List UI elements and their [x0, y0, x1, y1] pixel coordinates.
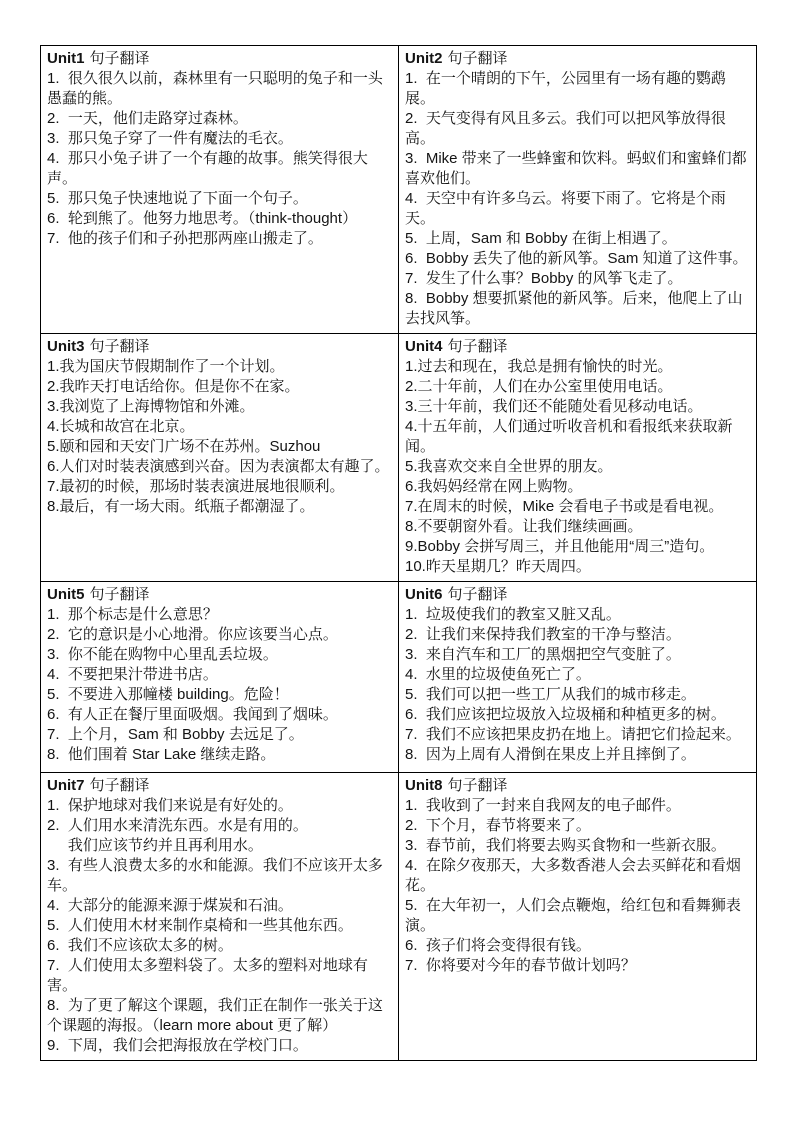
sentence-item: 8. Bobby 想要抓紧他的新风筝。后来，他爬上了山去找风筝。 — [405, 289, 750, 329]
unit2-label: Unit2 — [405, 50, 443, 67]
sentence-item: 5. 我们可以把一些工厂从我们的城市移走。 — [405, 685, 750, 705]
sentence-item: 1. 很久很久以前，森林里有一只聪明的兔子和一头愚蠢的熊。 — [47, 69, 392, 109]
unit7-title: Unit7句子翻译 — [47, 776, 392, 796]
sentence-item: 4. 大部分的能源来源于煤炭和石油。 — [47, 896, 392, 916]
unit1-label: Unit1 — [47, 50, 85, 67]
sentence-item: 5. 在大年初一，人们会点鞭炮，给红包和看舞狮表演。 — [405, 896, 750, 936]
sentence-item: 5. 那只兔子快速地说了下面一个句子。 — [47, 189, 392, 209]
unit5-sentence-list: 1. 那个标志是什么意思？2. 它的意识是小心地滑。你应该要当心点。3. 你不能… — [47, 605, 392, 765]
sentence-item: 1. 我收到了一封来自我网友的电子邮件。 — [405, 796, 750, 816]
sentence-item: 2. 一天，他们走路穿过森林。 — [47, 109, 392, 129]
sentence-item: 4.十五年前，人们通过听收音机和看报纸来获取新闻。 — [405, 417, 750, 457]
sentence-item: 8. 因为上周有人滑倒在果皮上并且摔倒了。 — [405, 745, 750, 765]
unit8-title: Unit8句子翻译 — [405, 776, 750, 796]
sentence-item: 4. 天空中有许多乌云。将要下雨了。它将是个雨天。 — [405, 189, 750, 229]
unit4-subtitle: 句子翻译 — [448, 338, 508, 355]
sentence-item: 5. 人们使用木材来制作桌椅和一些其他东西。 — [47, 916, 392, 936]
unit-cell-3: Unit3句子翻译 1.我为国庆节假期制作了一个计划。2.我昨天打电话给你。但是… — [41, 334, 398, 581]
sentence-item: 2. 它的意识是小心地滑。你应该要当心点。 — [47, 625, 392, 645]
sentence-item: 3. 你不能在购物中心里乱丢垃圾。 — [47, 645, 392, 665]
unit3-title: Unit3句子翻译 — [47, 337, 392, 357]
unit2-sentence-list: 1. 在一个晴朗的下午，公园里有一场有趣的鹦鹉展。2. 天气变得有风且多云。我们… — [405, 69, 750, 329]
sentence-item: 1.我为国庆节假期制作了一个计划。 — [47, 357, 392, 377]
sentence-item: 7. 上个月，Sam 和 Bobby 去远足了。 — [47, 725, 392, 745]
sentence-item: 8. 他们围着 Star Lake 继续走路。 — [47, 745, 392, 765]
sentence-item: 2. 让我们来保持我们教室的干净与整洁。 — [405, 625, 750, 645]
unit4-label: Unit4 — [405, 338, 443, 355]
sentence-item: 9. 下周，我们会把海报放在学校门口。 — [47, 1036, 392, 1056]
sentence-item: 3. Mike 带来了一些蜂蜜和饮料。蚂蚁们和蜜蜂们都喜欢他们。 — [405, 149, 750, 189]
sentence-item: 8.最后，有一场大雨。纸瓶子都潮湿了。 — [47, 497, 392, 517]
unit-cell-7: Unit7句子翻译 1. 保护地球对我们来说是有好处的。2. 人们用水来清洗东西… — [41, 773, 398, 1060]
sentence-item: 6. 有人正在餐厅里面吸烟。我闻到了烟味。 — [47, 705, 392, 725]
unit-cell-2: Unit2句子翻译 1. 在一个晴朗的下午，公园里有一场有趣的鹦鹉展。2. 天气… — [399, 46, 756, 333]
unit-cell-8: Unit8句子翻译 1. 我收到了一封来自我网友的电子邮件。2. 下个月，春节将… — [399, 773, 756, 1060]
unit5-subtitle: 句子翻译 — [90, 586, 150, 603]
sentence-item: 1. 在一个晴朗的下午，公园里有一场有趣的鹦鹉展。 — [405, 69, 750, 109]
unit8-subtitle: 句子翻译 — [448, 777, 508, 794]
sentence-item: 6. Bobby 丢失了他的新风筝。Sam 知道了这件事。 — [405, 249, 750, 269]
sentence-item: 7.最初的时候，那场时装表演进展地很顺利。 — [47, 477, 392, 497]
sentence-item: 4. 水里的垃圾使鱼死亡了。 — [405, 665, 750, 685]
sentence-item: 9.Bobby 会拼写周三，并且他能用“周三”造句。 — [405, 537, 750, 557]
sentence-item: 3.三十年前，我们还不能随处看见移动电话。 — [405, 397, 750, 417]
sentence-item: 3.我浏览了上海博物馆和外滩。 — [47, 397, 392, 417]
sentence-item: 6.人们对时装表演感到兴奋。因为表演都太有趣了。 — [47, 457, 392, 477]
sentence-item: 6. 轮到熊了。他努力地思考。（think-thought） — [47, 209, 392, 229]
unit1-title: Unit1句子翻译 — [47, 49, 392, 69]
sentence-item: 2. 天气变得有风且多云。我们可以把风筝放得很高。 — [405, 109, 750, 149]
unit2-subtitle: 句子翻译 — [448, 50, 508, 67]
unit7-subtitle: 句子翻译 — [90, 777, 150, 794]
unit7-sentence-list: 1. 保护地球对我们来说是有好处的。2. 人们用水来清洗东西。水是有用的。 我们… — [47, 796, 392, 1056]
sentence-item: 4. 在除夕夜那天，大多数香港人会去买鲜花和看烟花。 — [405, 856, 750, 896]
sentence-item: 3. 那只兔子穿了一件有魔法的毛衣。 — [47, 129, 392, 149]
unit6-title: Unit6句子翻译 — [405, 585, 750, 605]
unit-cell-6: Unit6句子翻译 1. 垃圾使我们的教室又脏又乱。2. 让我们来保持我们教室的… — [399, 582, 756, 772]
unit3-subtitle: 句子翻译 — [90, 338, 150, 355]
unit7-label: Unit7 — [47, 777, 85, 794]
unit-cell-5: Unit5句子翻译 1. 那个标志是什么意思？2. 它的意识是小心地滑。你应该要… — [41, 582, 398, 772]
sentence-item: 1. 保护地球对我们来说是有好处的。 — [47, 796, 392, 816]
unit3-sentence-list: 1.我为国庆节假期制作了一个计划。2.我昨天打电话给你。但是你不在家。3.我浏览… — [47, 357, 392, 517]
sentence-item: 2. 下个月，春节将要来了。 — [405, 816, 750, 836]
sentence-item: 3. 来自汽车和工厂的黑烟把空气变脏了。 — [405, 645, 750, 665]
unit4-title: Unit4句子翻译 — [405, 337, 750, 357]
sentence-item: 1. 那个标志是什么意思？ — [47, 605, 392, 625]
unit-cell-1: Unit1句子翻译 1. 很久很久以前，森林里有一只聪明的兔子和一头愚蠢的熊。2… — [41, 46, 398, 333]
sentence-item: 7. 你将要对今年的春节做计划吗？ — [405, 956, 750, 976]
unit5-title: Unit5句子翻译 — [47, 585, 392, 605]
sentence-item: 10.昨天星期几？昨天周四。 — [405, 557, 750, 577]
unit1-subtitle: 句子翻译 — [90, 50, 150, 67]
sentence-item: 1. 垃圾使我们的教室又脏又乱。 — [405, 605, 750, 625]
unit6-sentence-list: 1. 垃圾使我们的教室又脏又乱。2. 让我们来保持我们教室的干净与整洁。3. 来… — [405, 605, 750, 765]
unit6-subtitle: 句子翻译 — [448, 586, 508, 603]
sentence-item: 5. 不要进入那幢楼 building。危险！ — [47, 685, 392, 705]
sentence-item: 6. 我们应该把垃圾放入垃圾桶和种植更多的树。 — [405, 705, 750, 725]
sentence-item: 8.不要朝窗外看。让我们继续画画。 — [405, 517, 750, 537]
sentence-item: 1.过去和现在，我总是拥有愉快的时光。 — [405, 357, 750, 377]
sentence-item: 5.我喜欢交来自全世界的朋友。 — [405, 457, 750, 477]
sentence-item: 6.我妈妈经常在网上购物。 — [405, 477, 750, 497]
sentence-item: 7. 我们不应该把果皮扔在地上。请把它们捡起来。 — [405, 725, 750, 745]
sentence-item: 6. 孩子们将会变得很有钱。 — [405, 936, 750, 956]
unit1-sentence-list: 1. 很久很久以前，森林里有一只聪明的兔子和一头愚蠢的熊。2. 一天，他们走路穿… — [47, 69, 392, 249]
unit5-label: Unit5 — [47, 586, 85, 603]
sentence-item: 5. 上周，Sam 和 Bobby 在街上相遇了。 — [405, 229, 750, 249]
sentence-item: 7. 他的孩子们和子孙把那两座山搬走了。 — [47, 229, 392, 249]
sentence-item: 4. 不要把果汁带进书店。 — [47, 665, 392, 685]
sentence-item: 2. 人们用水来清洗东西。水是有用的。 我们应该节约并且再利用水。 — [47, 816, 392, 856]
sentence-item: 4.长城和故宫在北京。 — [47, 417, 392, 437]
unit2-title: Unit2句子翻译 — [405, 49, 750, 69]
sentence-item: 2.我昨天打电话给你。但是你不在家。 — [47, 377, 392, 397]
unit3-label: Unit3 — [47, 338, 85, 355]
sentence-item: 8. 为了更了解这个课题，我们正在制作一张关于这个课题的海报。（learn mo… — [47, 996, 392, 1036]
sentence-item: 3. 春节前，我们将要去购买食物和一些新衣服。 — [405, 836, 750, 856]
translation-table: Unit1句子翻译 1. 很久很久以前，森林里有一只聪明的兔子和一头愚蠢的熊。2… — [40, 45, 757, 1061]
sentence-item: 6. 我们不应该砍太多的树。 — [47, 936, 392, 956]
sentence-item: 7. 发生了什么事？Bobby 的风筝飞走了。 — [405, 269, 750, 289]
sentence-item: 3. 有些人浪费太多的水和能源。我们不应该开太多车。 — [47, 856, 392, 896]
sentence-item: 7. 人们使用太多塑料袋了。太多的塑料对地球有害。 — [47, 956, 392, 996]
unit8-sentence-list: 1. 我收到了一封来自我网友的电子邮件。2. 下个月，春节将要来了。3. 春节前… — [405, 796, 750, 976]
sentence-item: 7.在周末的时候，Mike 会看电子书或是看电视。 — [405, 497, 750, 517]
document-page: Unit1句子翻译 1. 很久很久以前，森林里有一只聪明的兔子和一头愚蠢的熊。2… — [0, 0, 793, 1122]
sentence-item: 4. 那只小兔子讲了一个有趣的故事。熊笑得很大声。 — [47, 149, 392, 189]
sentence-item: 5.颐和园和天安门广场不在苏州。Suzhou — [47, 437, 392, 457]
unit6-label: Unit6 — [405, 586, 443, 603]
unit8-label: Unit8 — [405, 777, 443, 794]
unit4-sentence-list: 1.过去和现在，我总是拥有愉快的时光。2.二十年前，人们在办公室里使用电话。3.… — [405, 357, 750, 577]
sentence-item: 2.二十年前，人们在办公室里使用电话。 — [405, 377, 750, 397]
unit-cell-4: Unit4句子翻译 1.过去和现在，我总是拥有愉快的时光。2.二十年前，人们在办… — [399, 334, 756, 581]
